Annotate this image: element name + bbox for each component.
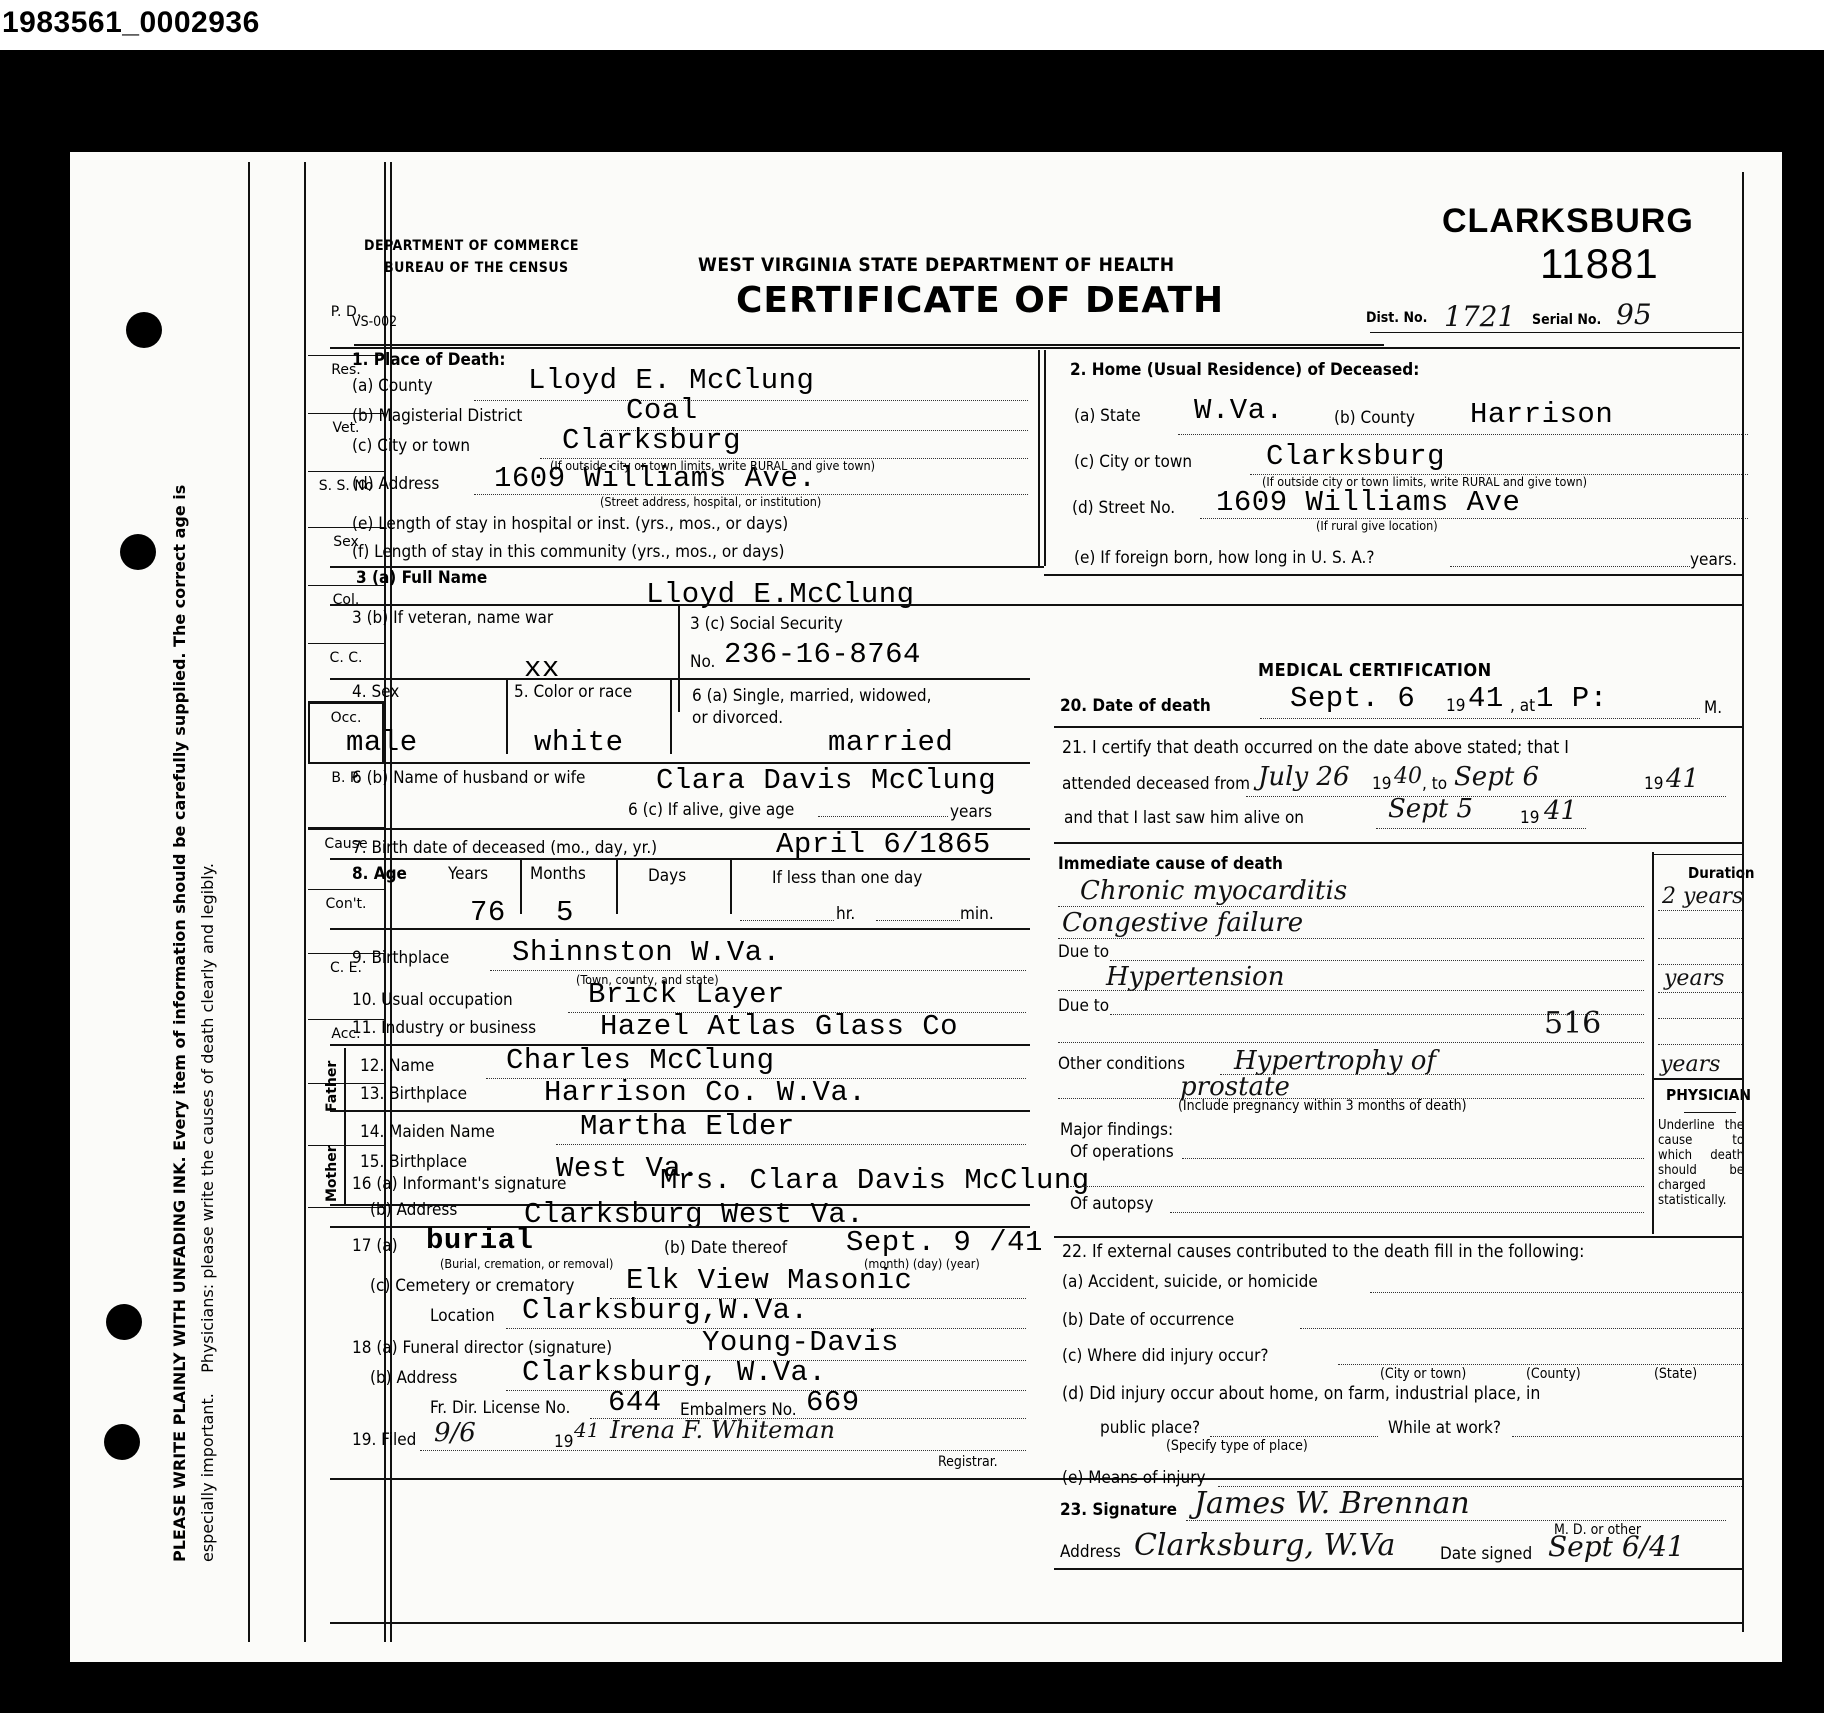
- column-gap: [1044, 574, 1046, 1478]
- home-city-label: (c) City or town: [1074, 452, 1192, 472]
- home-heading: 2. Home (Usual Residence) of Deceased:: [1070, 360, 1419, 380]
- punch-hole-icon: [104, 1424, 140, 1460]
- field-divider: [670, 678, 672, 754]
- occupation-value[interactable]: Brick Layer: [588, 978, 785, 1011]
- cemetery-label: (c) Cemetery or crematory: [370, 1276, 574, 1296]
- marital-label-2: or divorced.: [692, 708, 783, 728]
- fill-line: [474, 400, 1028, 401]
- field-divider: [730, 858, 732, 914]
- due-to-label-2: Due to: [1058, 996, 1109, 1016]
- funeral-address-value[interactable]: Clarksburg, W.Va.: [522, 1356, 826, 1389]
- last-seen-label: and that I last saw him alive on: [1064, 808, 1304, 828]
- section-rule: [1044, 574, 1744, 576]
- fill-line: [1178, 434, 1748, 435]
- section-rule: [330, 928, 1030, 930]
- instruction-line-2b: Physicians: please write the causes of d…: [198, 863, 217, 1373]
- license-label: Fr. Dir. License No.: [430, 1398, 570, 1418]
- age-days-label: Days: [648, 866, 686, 886]
- hr-label: hr.: [836, 904, 855, 924]
- spouse-age-suffix: years: [950, 802, 992, 822]
- section-rule: [1054, 842, 1744, 844]
- section-divider: [1038, 350, 1040, 566]
- attended-from-year[interactable]: 40: [1394, 764, 1422, 789]
- fill-line: [876, 920, 960, 921]
- mother-birthplace-label: 15. Birthplace: [360, 1152, 467, 1172]
- medical-heading: MEDICAL CERTIFICATION: [1258, 660, 1492, 681]
- pod-stay-community-label: (f) Length of stay in this community (yr…: [352, 542, 784, 562]
- birthplace-label: 9. Birthplace: [352, 948, 449, 968]
- min-label: min.: [960, 904, 994, 924]
- punch-hole-icon: [106, 1304, 142, 1340]
- section-rule: [1054, 1236, 1744, 1238]
- sex-value[interactable]: male: [346, 726, 418, 759]
- spouse-value[interactable]: Clara Davis McClung: [656, 764, 996, 797]
- physician-top: [1652, 1078, 1744, 1080]
- age-months-label: Months: [530, 864, 586, 884]
- sex-label: 4. Sex: [352, 682, 399, 702]
- fill-line: [1300, 1328, 1742, 1329]
- form-right-border: [1742, 172, 1744, 1632]
- immediate-cause-label: Immediate cause of death: [1058, 854, 1283, 874]
- disposition-note: (Burial, cremation, or removal): [440, 1256, 613, 1271]
- mother-tag: Mother: [324, 1145, 340, 1202]
- margin-instructions-2: especially important. Physicians: please…: [198, 863, 217, 1562]
- father-tag: Father: [324, 1061, 340, 1112]
- code-column-left: [304, 162, 306, 1642]
- means-of-injury-label: (e) Means of injury: [1062, 1468, 1206, 1488]
- dept-commerce: DEPARTMENT OF COMMERCE: [364, 238, 579, 254]
- place-death-heading: 1. Place of Death:: [352, 350, 506, 370]
- location-label: Location: [430, 1306, 495, 1326]
- home-state-value[interactable]: W.Va.: [1194, 394, 1284, 427]
- major-findings-label: Major findings:: [1060, 1120, 1173, 1140]
- registrar-signature[interactable]: Irena F. Whiteman: [610, 1416, 835, 1444]
- accident-label: (a) Accident, suicide, or homicide: [1062, 1272, 1318, 1292]
- attended-to[interactable]: Sept 6: [1454, 762, 1539, 792]
- field-divider: [520, 858, 522, 914]
- did-injury-label: (d) Did injury occur about home, on farm…: [1062, 1384, 1540, 1404]
- where-note-city: (City or town): [1380, 1366, 1466, 1382]
- veteran-label: 3 (b) If veteran, name war: [352, 608, 553, 628]
- age-years-value[interactable]: 76: [470, 896, 506, 929]
- bureau-census: BUREAU OF THE CENSUS: [384, 260, 569, 276]
- disposition-date-value[interactable]: Sept. 9 /41: [846, 1226, 1043, 1259]
- due-to-1[interactable]: Hypertension: [1106, 962, 1284, 992]
- duration-3[interactable]: years: [1660, 1052, 1720, 1077]
- pod-county-label: (a) County: [352, 376, 433, 396]
- fill-line: [1658, 1018, 1742, 1019]
- death-time[interactable]: 1 P:: [1536, 682, 1608, 715]
- fill-line: [1058, 938, 1644, 939]
- fill-line: [1338, 1364, 1742, 1365]
- public-place-note: (Specify type of place): [1166, 1438, 1308, 1454]
- last-seen-year-prefix: 19: [1520, 808, 1539, 828]
- physician-note: Underline the cause to which death shoul…: [1658, 1118, 1744, 1208]
- serial-value: 95: [1616, 298, 1652, 331]
- pod-address-note: (Street address, hospital, or institutio…: [600, 494, 821, 509]
- fill-line: [1182, 1158, 1644, 1159]
- attended-to-year-prefix: 19: [1644, 774, 1663, 794]
- dist-value: 1721: [1444, 300, 1515, 333]
- disposition-date-label: (b) Date thereof: [664, 1238, 787, 1258]
- fill-line: [506, 1390, 1026, 1391]
- home-street-label: (d) Street No.: [1072, 498, 1175, 518]
- father-birthplace-value[interactable]: Harrison Co. W.Va.: [544, 1076, 866, 1109]
- certify-line: 21. I certify that death occurred on the…: [1062, 738, 1569, 758]
- field-divider: [506, 678, 508, 754]
- punch-hole-icon: [126, 312, 162, 348]
- embalmer-value[interactable]: 669: [806, 1386, 860, 1419]
- physician-heading: PHYSICIAN: [1666, 1086, 1751, 1104]
- spouse-label: 6 (b) Name of husband or wife: [352, 768, 585, 788]
- home-street-note: (If rural give location): [1316, 518, 1438, 533]
- duration-top: [1652, 854, 1744, 855]
- birth-date-label: 7. Birth date of deceased (mo., day, yr.…: [352, 838, 657, 858]
- fill-line: [1200, 518, 1748, 519]
- fill-line: [1658, 1044, 1742, 1045]
- stamp-number: 11881: [1540, 240, 1659, 288]
- physician-address-label: Address: [1060, 1542, 1121, 1562]
- attended-from-year-prefix: 19: [1372, 774, 1391, 794]
- fill-line: [1110, 960, 1644, 961]
- scan-border-top: [0, 50, 1824, 154]
- dist-label: Dist. No.: [1366, 310, 1427, 326]
- cause-code: 516: [1544, 1006, 1601, 1041]
- home-foreign-suffix: years.: [1690, 550, 1737, 570]
- fill-line: [556, 1144, 1026, 1145]
- scan-id: 1983561_0002936: [2, 6, 260, 40]
- fill-line: [1370, 1292, 1742, 1293]
- cemetery-value[interactable]: Elk View Masonic: [626, 1264, 912, 1297]
- stamp-city: CLARKSBURG: [1442, 202, 1694, 241]
- age-months-value[interactable]: 5: [556, 896, 574, 929]
- duration-2[interactable]: years: [1664, 966, 1724, 991]
- registrar-label: Registrar.: [938, 1454, 998, 1470]
- funeral-value[interactable]: Young-Davis: [702, 1326, 899, 1359]
- filed-year-prefix: 19: [554, 1432, 573, 1452]
- death-date-value[interactable]: Sept. 6: [1290, 682, 1415, 715]
- race-value[interactable]: white: [534, 726, 624, 759]
- agency-name: WEST VIRGINIA STATE DEPARTMENT OF HEALTH: [698, 254, 1175, 276]
- last-seen[interactable]: Sept 5: [1388, 794, 1473, 824]
- date-signed-value[interactable]: Sept 6/41: [1548, 1530, 1685, 1563]
- marital-value[interactable]: married: [828, 726, 953, 759]
- veteran-value[interactable]: xx: [524, 652, 560, 685]
- immediate-cause-2[interactable]: Congestive failure: [1062, 908, 1303, 938]
- code-cont: Con't.: [308, 890, 384, 954]
- date-signed-label: Date signed: [1440, 1544, 1532, 1564]
- home-county-label: (b) County: [1334, 408, 1415, 428]
- fill-line: [1658, 992, 1742, 993]
- disposition-label: 17 (a): [352, 1236, 398, 1256]
- section-rule: [330, 604, 1744, 606]
- home-county-value[interactable]: Harrison: [1470, 398, 1613, 431]
- physician-rule: [1684, 1112, 1736, 1113]
- section-rule: [1054, 726, 1744, 728]
- home-city-value[interactable]: Clarksburg: [1266, 440, 1445, 473]
- margin-instructions: PLEASE WRITE PLAINLY WITH UNFADING INK. …: [170, 485, 189, 1562]
- operations-label: Of operations: [1070, 1142, 1174, 1162]
- occurrence-date-label: (b) Date of occurrence: [1062, 1310, 1234, 1330]
- form-bottom-rule: [330, 1622, 1744, 1624]
- public-place-label: public place?: [1100, 1418, 1200, 1438]
- form-number: VS-002: [352, 314, 397, 330]
- attended-label: attended deceased from: [1062, 774, 1250, 794]
- fill-line: [1658, 938, 1742, 939]
- last-seen-year[interactable]: 41: [1544, 796, 1577, 826]
- field-divider: [678, 604, 680, 712]
- serial-label: Serial No.: [1532, 312, 1601, 328]
- at-label: , at: [1510, 696, 1535, 716]
- fill-line: [1186, 1520, 1726, 1521]
- father-birthplace-label: 13. Birthplace: [360, 1084, 467, 1104]
- fill-line: [1210, 1436, 1378, 1437]
- fill-line: [1246, 796, 1726, 797]
- ssn-label: 3 (c) Social Security: [690, 614, 843, 634]
- home-street-value[interactable]: 1609 Williams Ave: [1216, 486, 1520, 519]
- section-rule: [330, 678, 1030, 680]
- death-year-prefix: 19: [1446, 696, 1465, 716]
- instruction-line-2a: especially important.: [198, 1393, 217, 1562]
- filed-year[interactable]: 41: [574, 1418, 599, 1442]
- due-to-label-1: Due to: [1058, 942, 1109, 962]
- informant-value[interactable]: Mrs. Clara Davis McClung: [660, 1164, 1090, 1197]
- age-years-label: Years: [448, 864, 488, 884]
- death-year[interactable]: 41: [1468, 682, 1504, 715]
- fill-line: [1450, 566, 1690, 567]
- where-label: (c) Where did injury occur?: [1062, 1346, 1269, 1366]
- attended-to-year[interactable]: 41: [1666, 764, 1699, 794]
- fill-line: [1170, 1212, 1644, 1213]
- fill-line: [420, 1450, 1026, 1451]
- home-state-label: (a) State: [1074, 406, 1141, 426]
- fill-line: [1058, 1042, 1644, 1043]
- field-divider: [616, 858, 618, 914]
- attended-from[interactable]: July 26: [1258, 762, 1350, 792]
- father-name-value[interactable]: Charles McClung: [506, 1044, 775, 1077]
- location-value[interactable]: Clarksburg,W.Va.: [522, 1294, 808, 1327]
- birthplace-value[interactable]: Shinnston W.Va.: [512, 936, 781, 969]
- margin-rule: [248, 162, 250, 1642]
- fill-line: [1376, 828, 1586, 829]
- birth-date-value[interactable]: April 6/1865: [776, 828, 991, 861]
- death-date-label: 20. Date of death: [1060, 696, 1211, 716]
- pod-address-label: (d) Address: [352, 474, 439, 494]
- to-label: , to: [1422, 774, 1447, 794]
- filed-label: 19. Filed: [352, 1430, 416, 1450]
- immediate-cause-1[interactable]: Chronic myocarditis: [1080, 876, 1347, 906]
- home-foreign-label: (e) If foreign born, how long in U. S. A…: [1074, 548, 1375, 568]
- father-name-label: 12. Name: [360, 1056, 434, 1076]
- duration-divider: [1652, 852, 1654, 1234]
- fill-line: [1512, 1436, 1742, 1437]
- informant-label: 16 (a) Informant's signature: [352, 1174, 566, 1194]
- fill-line: [490, 970, 1026, 971]
- physician-address-value[interactable]: Clarksburg, W.Va: [1134, 1528, 1395, 1563]
- other-conditions-note: (Include pregnancy within 3 months of de…: [1178, 1098, 1467, 1114]
- marital-label: 6 (a) Single, married, widowed,: [692, 686, 931, 706]
- pod-city-label: (c) City or town: [352, 436, 470, 456]
- less-day-label: If less than one day: [772, 868, 922, 888]
- funeral-address-label: (b) Address: [370, 1368, 457, 1388]
- pod-address-value[interactable]: 1609 Williams Ave.: [494, 462, 816, 495]
- section-rule: [1054, 1568, 1744, 1570]
- section-rule: [330, 1478, 1744, 1480]
- disposition-value[interactable]: burial: [426, 1224, 533, 1257]
- fill-line: [1658, 910, 1742, 911]
- license-value[interactable]: 644: [608, 1386, 662, 1419]
- duration-heading: Duration: [1688, 864, 1755, 882]
- industry-label: 11. Industry or business: [352, 1018, 536, 1038]
- fill-line: [818, 816, 948, 817]
- pod-city-value[interactable]: Clarksburg: [562, 424, 741, 457]
- fill-line: [1260, 718, 1700, 719]
- spouse-age-label: 6 (c) If alive, give age: [628, 800, 794, 820]
- section-divider-double: [1044, 350, 1046, 566]
- duration-1[interactable]: 2 years: [1662, 884, 1743, 909]
- industry-value[interactable]: Hazel Atlas Glass Co: [600, 1010, 958, 1043]
- pod-district-label: (b) Magisterial District: [352, 406, 522, 426]
- mother-name-value[interactable]: Martha Elder: [580, 1110, 795, 1143]
- other-conditions-label: Other conditions: [1058, 1054, 1185, 1074]
- ssn-no-label: No.: [690, 652, 715, 672]
- ssn-value[interactable]: 236-16-8764: [724, 638, 921, 671]
- mother-name-label: 14. Maiden Name: [360, 1122, 495, 1142]
- filed-date[interactable]: 9/6: [434, 1418, 476, 1448]
- fill-line: [1658, 964, 1742, 965]
- pod-stay-hospital-label: (e) Length of stay in hospital or inst. …: [352, 514, 788, 534]
- race-label: 5. Color or race: [514, 682, 632, 702]
- death-certificate: PLEASE WRITE PLAINLY WITH UNFADING INK. …: [70, 152, 1782, 1662]
- full-name-label: 3 (a) Full Name: [356, 568, 487, 588]
- informant-address-label: (b) Address: [370, 1200, 457, 1220]
- parents-bracket: [344, 1048, 346, 1204]
- fill-line: [740, 920, 834, 921]
- section-rule: [330, 347, 1740, 349]
- header-rule: [354, 344, 1384, 346]
- at-work-label: While at work?: [1388, 1418, 1501, 1438]
- fill-line: [1058, 906, 1644, 907]
- occupation-label: 10. Usual occupation: [352, 990, 513, 1010]
- pod-county-value[interactable]: Lloyd E. McClung: [528, 364, 814, 397]
- punch-hole-icon: [120, 534, 156, 570]
- where-note-county: (County): [1526, 1366, 1581, 1382]
- signature-label: 23. Signature: [1060, 1500, 1177, 1520]
- section-rule: [330, 858, 1030, 860]
- where-note-state: (State): [1654, 1366, 1697, 1382]
- header-rule-right: [1370, 332, 1742, 333]
- funeral-label: 18 (a) Funeral director (signature): [352, 1338, 612, 1358]
- external-causes-label: 22. If external causes contributed to th…: [1062, 1242, 1584, 1262]
- fill-line: [1070, 1186, 1644, 1187]
- instruction-line-1: PLEASE WRITE PLAINLY WITH UNFADING INK. …: [170, 485, 189, 1562]
- fill-line: [1058, 990, 1644, 991]
- pod-district-value[interactable]: Coal: [626, 394, 698, 427]
- age-label: 8. Age: [352, 864, 407, 884]
- autopsy-label: Of autopsy: [1070, 1194, 1153, 1214]
- full-name-value[interactable]: Lloyd E.McClung: [646, 578, 915, 611]
- certificate-title: CERTIFICATE OF DEATH: [736, 280, 1224, 321]
- physician-signature[interactable]: James W. Brennan: [1194, 1486, 1470, 1521]
- m-label: M.: [1704, 698, 1722, 718]
